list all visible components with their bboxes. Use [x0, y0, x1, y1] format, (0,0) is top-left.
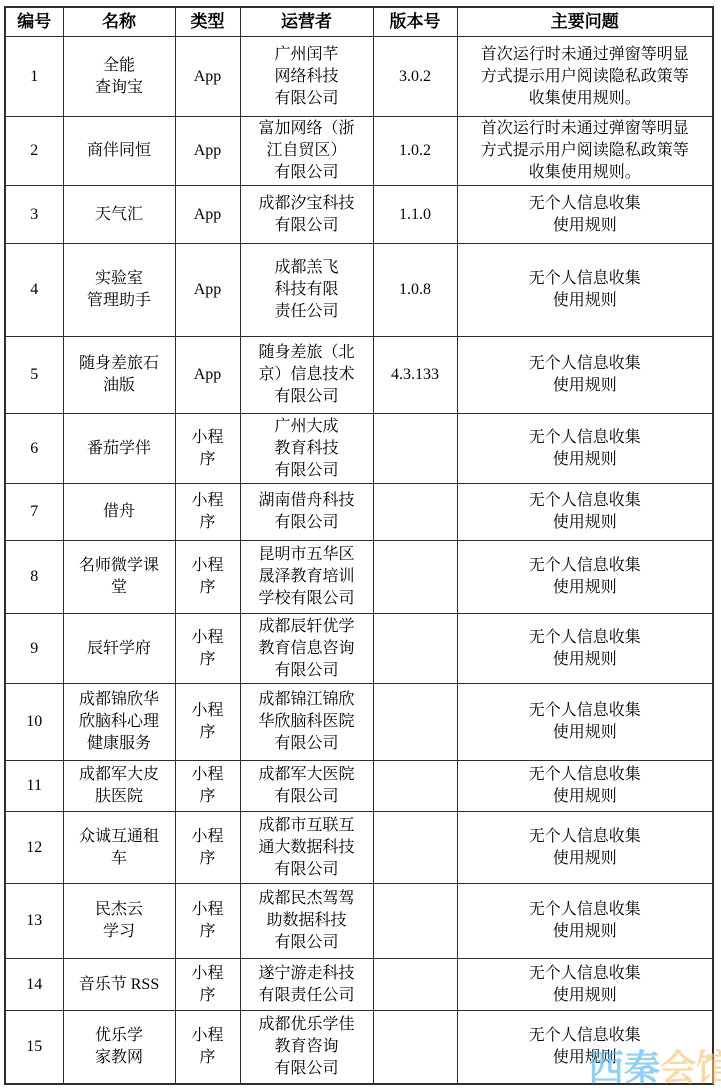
- table-row: 9 辰轩学府 小程 序 成都辰轩优学 教育信息咨询 有限公司 无个人信息收集 使…: [5, 614, 713, 684]
- cell-operator: 遂宁游走科技 有限责任公司: [240, 959, 373, 1011]
- cell-number: 8: [5, 541, 63, 614]
- cell-number: 7: [5, 484, 63, 541]
- cell-version: [373, 761, 457, 812]
- cell-name: 随身差旅石 油版: [63, 337, 175, 414]
- cell-type: App: [175, 37, 240, 117]
- cell-issue: 无个人信息收集 使用规则: [457, 761, 713, 812]
- cell-version: 1.0.2: [373, 117, 457, 186]
- cell-version: [373, 1011, 457, 1084]
- cell-version: [373, 812, 457, 884]
- cell-name: 全能 查询宝: [63, 37, 175, 117]
- cell-number: 5: [5, 337, 63, 414]
- cell-number: 15: [5, 1011, 63, 1084]
- cell-name: 名师微学课 堂: [63, 541, 175, 614]
- cell-name: 番茄学伴: [63, 414, 175, 484]
- cell-operator: 成都羔飞 科技有限 责任公司: [240, 244, 373, 337]
- cell-issue: 无个人信息收集 使用规则: [457, 484, 713, 541]
- document-page: 编号 名称 类型 运营者 版本号 主要问题 1 全能 查询宝 App 广州闰芊 …: [0, 0, 721, 1090]
- cell-version: 1.1.0: [373, 186, 457, 244]
- cell-name: 众诚互通租 车: [63, 812, 175, 884]
- cell-number: 14: [5, 959, 63, 1011]
- cell-number: 6: [5, 414, 63, 484]
- cell-number: 10: [5, 684, 63, 761]
- column-header-issue: 主要问题: [457, 7, 713, 37]
- cell-version: 1.0.8: [373, 244, 457, 337]
- cell-name: 辰轩学府: [63, 614, 175, 684]
- cell-name: 天气汇: [63, 186, 175, 244]
- cell-type: 小程 序: [175, 484, 240, 541]
- cell-operator: 成都民杰驾驾 助数据科技 有限公司: [240, 884, 373, 959]
- cell-number: 3: [5, 186, 63, 244]
- cell-name: 商伴同恒: [63, 117, 175, 186]
- cell-operator: 成都优乐学佳 教育咨询 有限公司: [240, 1011, 373, 1084]
- cell-operator: 昆明市五华区 晟泽教育培训 学校有限公司: [240, 541, 373, 614]
- cell-type: App: [175, 337, 240, 414]
- table-row: 13 民杰云 学习 小程 序 成都民杰驾驾 助数据科技 有限公司 无个人信息收集…: [5, 884, 713, 959]
- column-header-operator: 运营者: [240, 7, 373, 37]
- table-row: 8 名师微学课 堂 小程 序 昆明市五华区 晟泽教育培训 学校有限公司 无个人信…: [5, 541, 713, 614]
- cell-type: 小程 序: [175, 541, 240, 614]
- cell-issue: 无个人信息收集 使用规则: [457, 884, 713, 959]
- cell-name: 实验室 管理助手: [63, 244, 175, 337]
- cell-issue: 首次运行时未通过弹窗等明显 方式提示用户阅读隐私政策等 收集使用规则。: [457, 117, 713, 186]
- table-header: 编号 名称 类型 运营者 版本号 主要问题: [5, 7, 713, 37]
- cell-type: App: [175, 244, 240, 337]
- cell-number: 12: [5, 812, 63, 884]
- cell-operator: 湖南借舟科技 有限公司: [240, 484, 373, 541]
- table-row: 7 借舟 小程 序 湖南借舟科技 有限公司 无个人信息收集 使用规则: [5, 484, 713, 541]
- cell-operator: 广州闰芊 网络科技 有限公司: [240, 37, 373, 117]
- watermark-part-orange: 会馆: [660, 1047, 721, 1088]
- table-row: 12 众诚互通租 车 小程 序 成都市互联互 通大数据科技 有限公司 无个人信息…: [5, 812, 713, 884]
- cell-version: [373, 959, 457, 1011]
- cell-issue: 无个人信息收集 使用规则: [457, 959, 713, 1011]
- cell-type: 小程 序: [175, 959, 240, 1011]
- cell-version: [373, 614, 457, 684]
- cell-name: 音乐节 RSS: [63, 959, 175, 1011]
- table-row: 6 番茄学伴 小程 序 广州大成 教育科技 有限公司 无个人信息收集 使用规则: [5, 414, 713, 484]
- watermark-part-blue: 西秦: [588, 1047, 660, 1088]
- cell-version: [373, 684, 457, 761]
- table-row: 14 音乐节 RSS 小程 序 遂宁游走科技 有限责任公司 无个人信息收集 使用…: [5, 959, 713, 1011]
- cell-type: 小程 序: [175, 414, 240, 484]
- header-row: 编号 名称 类型 运营者 版本号 主要问题: [5, 7, 713, 37]
- table-row: 1 全能 查询宝 App 广州闰芊 网络科技 有限公司 3.0.2 首次运行时未…: [5, 37, 713, 117]
- violation-app-table: 编号 名称 类型 运营者 版本号 主要问题 1 全能 查询宝 App 广州闰芊 …: [4, 6, 714, 1085]
- cell-issue: 无个人信息收集 使用规则: [457, 684, 713, 761]
- cell-name: 优乐学 家教网: [63, 1011, 175, 1084]
- cell-number: 13: [5, 884, 63, 959]
- cell-version: [373, 414, 457, 484]
- table-row: 3 天气汇 App 成都汐宝科技 有限公司 1.1.0 无个人信息收集 使用规则: [5, 186, 713, 244]
- watermark: 西秦会馆: [588, 1049, 721, 1087]
- cell-version: [373, 541, 457, 614]
- cell-name: 借舟: [63, 484, 175, 541]
- table-row: 2 商伴同恒 App 富加网络（浙 江自贸区） 有限公司 1.0.2 首次运行时…: [5, 117, 713, 186]
- cell-type: 小程 序: [175, 761, 240, 812]
- column-header-version: 版本号: [373, 7, 457, 37]
- cell-name: 民杰云 学习: [63, 884, 175, 959]
- column-header-name: 名称: [63, 7, 175, 37]
- cell-operator: 随身差旅（北 京）信息技术 有限公司: [240, 337, 373, 414]
- cell-operator: 成都辰轩优学 教育信息咨询 有限公司: [240, 614, 373, 684]
- cell-issue: 无个人信息收集 使用规则: [457, 541, 713, 614]
- table-body: 1 全能 查询宝 App 广州闰芊 网络科技 有限公司 3.0.2 首次运行时未…: [5, 37, 713, 1084]
- cell-type: App: [175, 117, 240, 186]
- cell-issue: 无个人信息收集 使用规则: [457, 812, 713, 884]
- cell-number: 9: [5, 614, 63, 684]
- cell-issue: 无个人信息收集 使用规则: [457, 337, 713, 414]
- cell-name: 成都军大皮 肤医院: [63, 761, 175, 812]
- cell-number: 11: [5, 761, 63, 812]
- cell-number: 1: [5, 37, 63, 117]
- cell-type: 小程 序: [175, 1011, 240, 1084]
- cell-version: [373, 484, 457, 541]
- cell-type: 小程 序: [175, 684, 240, 761]
- cell-number: 4: [5, 244, 63, 337]
- cell-operator: 成都锦江锦欣 华欣脑科医院 有限公司: [240, 684, 373, 761]
- cell-operator: 成都汐宝科技 有限公司: [240, 186, 373, 244]
- cell-issue: 无个人信息收集 使用规则: [457, 414, 713, 484]
- cell-version: [373, 884, 457, 959]
- cell-operator: 广州大成 教育科技 有限公司: [240, 414, 373, 484]
- cell-issue: 无个人信息收集 使用规则: [457, 186, 713, 244]
- column-header-number: 编号: [5, 7, 63, 37]
- table-row: 4 实验室 管理助手 App 成都羔飞 科技有限 责任公司 1.0.8 无个人信…: [5, 244, 713, 337]
- table-row: 10 成都锦欣华 欣脑科心理 健康服务 小程 序 成都锦江锦欣 华欣脑科医院 有…: [5, 684, 713, 761]
- cell-issue: 无个人信息收集 使用规则: [457, 614, 713, 684]
- table-row: 5 随身差旅石 油版 App 随身差旅（北 京）信息技术 有限公司 4.3.13…: [5, 337, 713, 414]
- cell-operator: 成都市互联互 通大数据科技 有限公司: [240, 812, 373, 884]
- cell-issue: 首次运行时未通过弹窗等明显 方式提示用户阅读隐私政策等 收集使用规则。: [457, 37, 713, 117]
- cell-operator: 成都军大医院 有限公司: [240, 761, 373, 812]
- cell-issue: 无个人信息收集 使用规则: [457, 244, 713, 337]
- cell-type: 小程 序: [175, 614, 240, 684]
- cell-type: App: [175, 186, 240, 244]
- column-header-type: 类型: [175, 7, 240, 37]
- cell-version: 3.0.2: [373, 37, 457, 117]
- cell-version: 4.3.133: [373, 337, 457, 414]
- cell-type: 小程 序: [175, 812, 240, 884]
- table-row: 11 成都军大皮 肤医院 小程 序 成都军大医院 有限公司 无个人信息收集 使用…: [5, 761, 713, 812]
- cell-name: 成都锦欣华 欣脑科心理 健康服务: [63, 684, 175, 761]
- cell-number: 2: [5, 117, 63, 186]
- cell-type: 小程 序: [175, 884, 240, 959]
- cell-operator: 富加网络（浙 江自贸区） 有限公司: [240, 117, 373, 186]
